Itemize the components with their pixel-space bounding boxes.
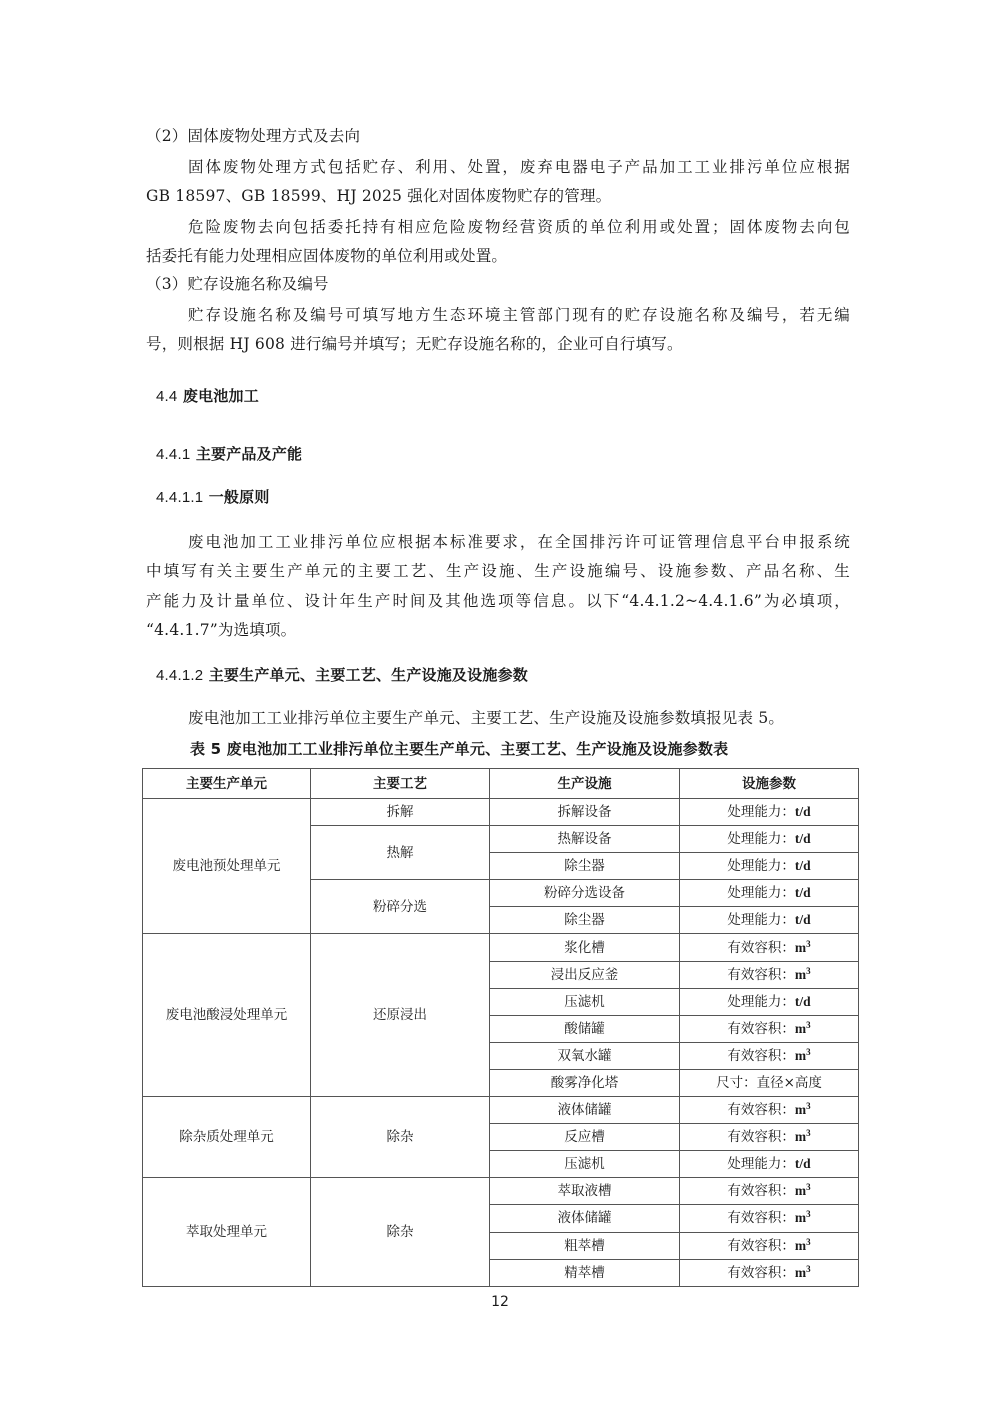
cell-parameter: 处理能力：t/d (680, 799, 859, 826)
cell-production-unit: 废电池预处理单元 (143, 799, 311, 934)
parameter-unit: t/d (795, 994, 811, 1009)
document-page: （2）固体废物处理方式及去向 固体废物处理方式包括贮存、利用、处置，废弃电器电子… (0, 0, 1000, 1414)
paragraph-line: GB 18597、GB 18599、HJ 2025 强化对固体废物贮存的管理。 (146, 184, 611, 206)
unit-exponent: 3 (806, 1101, 811, 1111)
parameter-unit: t/d (795, 858, 811, 873)
cell-parameter: 处理能力：t/d (680, 880, 859, 907)
parameter-unit: m (795, 1238, 806, 1253)
parameter-unit: m (795, 1183, 806, 1198)
parameter-label: 有效容积： (727, 940, 795, 956)
parameter-label: 处理能力： (727, 912, 795, 928)
cell-facility: 精萃槽 (490, 1259, 680, 1286)
paragraph-line: 中填写有关主要生产单元的主要工艺、生产设施、生产设施编号、设施参数、产品名称、生 (146, 559, 850, 581)
cell-production-unit: 萃取处理单元 (143, 1178, 311, 1286)
column-header-unit: 主要生产单元 (143, 769, 311, 799)
section-title: 一般原则 (209, 488, 270, 506)
paragraph-line: 固体废物处理方式包括贮存、利用、处置，废弃电器电子产品加工工业排污单位应根据 (188, 155, 850, 177)
cell-parameter: 有效容积：m3 (680, 1259, 859, 1286)
table-row: 废电池酸浸处理单元还原浸出浆化槽有效容积：m3 (143, 934, 859, 961)
cell-facility: 浸出反应釜 (490, 961, 680, 988)
parameter-unit: m (795, 940, 806, 955)
subheading-storage-facility: （3）贮存设施名称及编号 (146, 272, 329, 294)
parameter-label: 处理能力： (727, 885, 795, 901)
production-units-table: 主要生产单元 主要工艺 生产设施 设施参数 废电池预处理单元拆解拆解设备处理能力… (142, 768, 859, 1287)
parameter-unit: t/d (795, 804, 811, 819)
parameter-label: 有效容积： (727, 1102, 795, 1118)
section-number: 4.4.1.1 (156, 489, 203, 506)
parameter-unit: m (795, 1210, 806, 1225)
section-title: 主要生产单元、主要工艺、生产设施及设施参数 (209, 666, 528, 684)
parameter-unit: t/d (795, 912, 811, 927)
cell-facility: 液体储罐 (490, 1097, 680, 1124)
cell-facility: 粉碎分选设备 (490, 880, 680, 907)
parameter-label: 有效容积： (727, 1048, 795, 1064)
section-title: 废电池加工 (183, 387, 259, 405)
cell-parameter: 有效容积：m3 (680, 934, 859, 961)
cell-process: 拆解 (311, 799, 490, 826)
parameter-unit: t/d (795, 1156, 811, 1171)
cell-facility: 除尘器 (490, 907, 680, 934)
parameter-unit: t/d (795, 885, 811, 900)
column-header-parameter: 设施参数 (680, 769, 859, 799)
cell-parameter: 有效容积：m3 (680, 1178, 859, 1205)
paragraph-line: 废电池加工工业排污单位应根据本标准要求，在全国排污许可证管理信息平台申报系统 (188, 530, 850, 552)
paragraph-line: 废电池加工工业排污单位主要生产单元、主要工艺、生产设施及设施参数填报见表 5。 (188, 706, 784, 728)
parameter-unit: m (795, 1265, 806, 1280)
cell-parameter: 处理能力：t/d (680, 907, 859, 934)
section-title: 主要产品及产能 (196, 445, 302, 463)
parameter-label: 有效容积： (727, 967, 795, 983)
parameter-label: 处理能力： (727, 804, 795, 820)
parameter-unit: t/d (795, 831, 811, 846)
parameter-label: 处理能力： (727, 858, 795, 874)
cell-process: 热解 (311, 826, 490, 880)
section-number: 4.4.1 (156, 446, 190, 463)
cell-facility: 浆化槽 (490, 934, 680, 961)
subheading-solid-waste-disposal: （2）固体废物处理方式及去向 (146, 124, 360, 146)
parameter-unit: m (795, 1048, 806, 1063)
column-header-facility: 生产设施 (490, 769, 680, 799)
cell-facility: 热解设备 (490, 826, 680, 853)
cell-parameter: 有效容积：m3 (680, 1124, 859, 1151)
cell-parameter: 有效容积：m3 (680, 1232, 859, 1259)
parameter-label: 有效容积： (727, 1210, 795, 1226)
cell-facility: 液体储罐 (490, 1205, 680, 1232)
parameter-unit: m (795, 1129, 806, 1144)
parameter-label: 处理能力： (727, 994, 795, 1010)
unit-exponent: 3 (806, 1264, 811, 1274)
table-row: 除杂质处理单元除杂液体储罐有效容积：m3 (143, 1097, 859, 1124)
unit-exponent: 3 (806, 939, 811, 949)
parameter-label: 尺寸：直径×高度 (716, 1075, 822, 1091)
cell-process: 除杂 (311, 1097, 490, 1178)
cell-parameter: 处理能力：t/d (680, 853, 859, 880)
cell-process: 粉碎分选 (311, 880, 490, 934)
section-number: 4.4.1.2 (156, 667, 203, 684)
cell-facility: 除尘器 (490, 853, 680, 880)
unit-exponent: 3 (806, 1020, 811, 1030)
cell-facility: 酸储罐 (490, 1015, 680, 1042)
cell-facility: 双氧水罐 (490, 1042, 680, 1069)
parameter-label: 处理能力： (727, 831, 795, 847)
unit-exponent: 3 (806, 1237, 811, 1247)
section-number: 4.4 (156, 388, 177, 405)
paragraph-line: 产能力及计量单位、设计年生产时间及其他选项等信息。以下“4.4.1.2~4.4.… (146, 589, 850, 611)
unit-exponent: 3 (806, 1128, 811, 1138)
cell-parameter: 有效容积：m3 (680, 1097, 859, 1124)
cell-parameter: 有效容积：m3 (680, 1015, 859, 1042)
cell-production-unit: 除杂质处理单元 (143, 1097, 311, 1178)
table-caption: 表 5 废电池加工工业排污单位主要生产单元、主要工艺、生产设施及设施参数表 (190, 738, 728, 759)
parameter-unit: m (795, 967, 806, 982)
parameter-label: 有效容积： (727, 1129, 795, 1145)
cell-facility: 压滤机 (490, 988, 680, 1015)
parameter-label: 有效容积： (727, 1021, 795, 1037)
paragraph-line: 危险废物去向包括委托持有相应危险废物经营资质的单位利用或处置；固体废物去向包 (188, 215, 850, 237)
cell-parameter: 有效容积：m3 (680, 1042, 859, 1069)
parameter-unit: m (795, 1021, 806, 1036)
parameter-label: 有效容积： (727, 1183, 795, 1199)
section-heading-4-4: 4.4 废电池加工 (156, 385, 259, 406)
table-header-row: 主要生产单元 主要工艺 生产设施 设施参数 (143, 769, 859, 799)
cell-facility: 粗萃槽 (490, 1232, 680, 1259)
cell-facility: 萃取液槽 (490, 1178, 680, 1205)
cell-parameter: 有效容积：m3 (680, 961, 859, 988)
column-header-process: 主要工艺 (311, 769, 490, 799)
parameter-label: 有效容积： (727, 1265, 795, 1281)
cell-parameter: 处理能力：t/d (680, 826, 859, 853)
table-row: 萃取处理单元除杂萃取液槽有效容积：m3 (143, 1178, 859, 1205)
cell-process: 除杂 (311, 1178, 490, 1286)
page-number: 12 (0, 1294, 1000, 1310)
section-heading-4-4-1-1: 4.4.1.1 一般原则 (156, 486, 270, 507)
cell-process: 还原浸出 (311, 934, 490, 1097)
cell-facility: 拆解设备 (490, 799, 680, 826)
section-heading-4-4-1: 4.4.1 主要产品及产能 (156, 443, 302, 464)
cell-parameter: 处理能力：t/d (680, 988, 859, 1015)
parameter-label: 处理能力： (727, 1156, 795, 1172)
paragraph-line: 括委托有能力处理相应固体废物的单位利用或处置。 (146, 244, 507, 266)
unit-exponent: 3 (806, 1047, 811, 1057)
paragraph-line: “4.4.1.7”为选填项。 (146, 618, 296, 640)
cell-facility: 反应槽 (490, 1124, 680, 1151)
paragraph-line: 号，则根据 HJ 608 进行编号并填写；无贮存设施名称的，企业可自行填写。 (146, 332, 683, 354)
cell-facility: 压滤机 (490, 1151, 680, 1178)
unit-exponent: 3 (806, 1209, 811, 1219)
cell-parameter: 尺寸：直径×高度 (680, 1069, 859, 1096)
unit-exponent: 3 (806, 1182, 811, 1192)
cell-parameter: 有效容积：m3 (680, 1205, 859, 1232)
cell-production-unit: 废电池酸浸处理单元 (143, 934, 311, 1097)
table-row: 废电池预处理单元拆解拆解设备处理能力：t/d (143, 799, 859, 826)
parameter-label: 有效容积： (727, 1238, 795, 1254)
parameter-unit: m (795, 1102, 806, 1117)
paragraph-line: 贮存设施名称及编号可填写地方生态环境主管部门现有的贮存设施名称及编号，若无编 (188, 303, 850, 325)
section-heading-4-4-1-2: 4.4.1.2 主要生产单元、主要工艺、生产设施及设施参数 (156, 664, 528, 685)
cell-parameter: 处理能力：t/d (680, 1151, 859, 1178)
unit-exponent: 3 (806, 966, 811, 976)
cell-facility: 酸雾净化塔 (490, 1069, 680, 1096)
